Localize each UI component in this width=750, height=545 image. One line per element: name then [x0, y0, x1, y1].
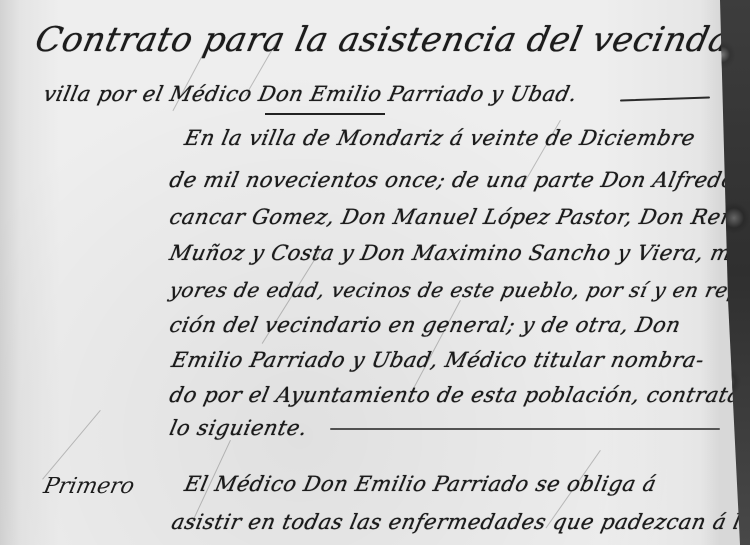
binding-edge	[710, 0, 750, 545]
body-line: Emilio Parriado y Ubad, Médico titular n…	[169, 348, 706, 372]
clause-margin-label: Primero	[41, 474, 136, 499]
title-text: villa por el Médico Don Emilio Parriado …	[41, 82, 579, 106]
body-line: do por el Ayuntamiento de esta población…	[167, 383, 750, 407]
title-text: Contrato para la asistencia del vecindar…	[32, 20, 750, 60]
bleed-through-stroke	[42, 410, 101, 480]
body-line: de mil novecientos once; de una parte Do…	[167, 168, 750, 192]
body-line: lo siguiente.	[167, 416, 309, 440]
line-end-dash	[330, 428, 720, 430]
title-line-1: Contrato para la asistencia del vecindar…	[32, 20, 750, 60]
body-line: En la villa de Mondariz á veinte de Dici…	[182, 126, 697, 150]
manuscript-page: Contrato para la asistencia del vecindar…	[0, 0, 750, 545]
clause-line: El Médico Don Emilio Parriado se obliga …	[182, 472, 658, 496]
clause-line: asistir en todas las enfermedades que pa…	[169, 510, 750, 534]
name-underline	[265, 113, 385, 115]
body-line: ción del vecindario en general; y de otr…	[167, 313, 683, 337]
title-line-2: villa por el Médico Don Emilio Parriado …	[41, 82, 579, 106]
line-end-dash	[620, 96, 710, 101]
body-line: cancar Gomez, Don Manuel López Pastor, D…	[167, 205, 750, 229]
body-line: yores de edad, vecinos de este pueblo, p…	[167, 278, 750, 302]
body-line: Muñoz y Costa y Don Maximino Sancho y Vi…	[167, 241, 750, 265]
